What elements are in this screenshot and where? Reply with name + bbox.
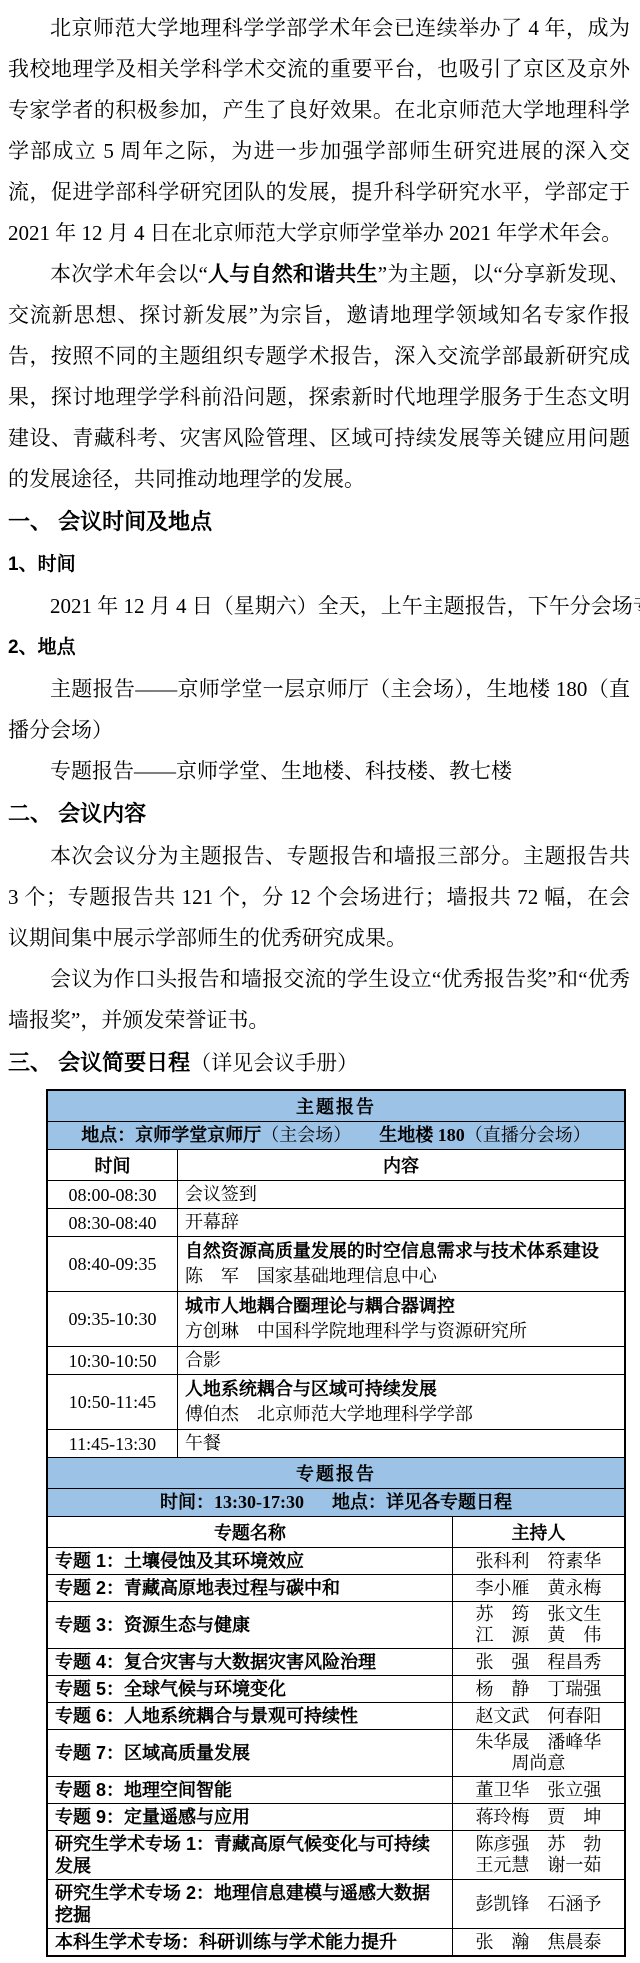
table-row: 专题 8：地理空间智能 董卫华 张立强 — [47, 1777, 625, 1804]
topic-hosts: 蒋玲梅 贾 坤 — [452, 1804, 625, 1831]
talk-title: 城市人地耦合圈理论与耦合器调控 — [185, 1294, 617, 1319]
table-row: 专题 6：人地系统耦合与景观可持续性 赵文武 何春阳 — [47, 1703, 625, 1730]
section-3-heading-note: （详见会议手册） — [190, 1051, 358, 1075]
host-line: 朱华晟 潘峰华 — [460, 1732, 617, 1753]
intro-paragraph-2: 本次学术年会以“人与自然和谐共生”为主题，以“分享新发现、交流新思想、探讨新发展… — [8, 254, 630, 500]
place-main-text: 主题报告——京师学堂一层京师厅（主会场），生地楼 180（直播分会场） — [8, 669, 630, 751]
host-line: 蒋玲梅 贾 坤 — [460, 1807, 617, 1828]
session-content: 会议签到 — [177, 1181, 625, 1209]
session-title: 合影 — [185, 1349, 617, 1372]
session-content: 合影 — [177, 1347, 625, 1375]
session-time: 10:50-11:45 — [47, 1375, 177, 1430]
topic-name: 专题 8：地理空间智能 — [47, 1777, 452, 1804]
talk-speaker: 陈 军 国家基础地理信息中心 — [185, 1264, 617, 1289]
host-line: 彭凯锋 石涵予 — [460, 1894, 617, 1915]
session-content: 人地系统耦合与区域可持续发展 傅伯杰 北京师范大学地理科学学部 — [177, 1375, 625, 1430]
talk-title: 人地系统耦合与区域可持续发展 — [185, 1377, 617, 1402]
subsection-time-label: 1、时间 — [8, 544, 630, 586]
part1-loc-bold1: 地点：京师学堂京师厅 — [81, 1125, 261, 1145]
topic-hosts: 董卫华 张立强 — [452, 1777, 625, 1804]
host-line: 陈彦强 苏 勃 — [460, 1834, 617, 1855]
topic-hosts: 李小雁 黄永梅 — [452, 1575, 625, 1602]
subsection-place-label: 2、地点 — [8, 627, 630, 669]
table-row: 研究生学术专场 2：地理信息建模与遥感大数据挖掘 彭凯锋 石涵予 — [47, 1880, 625, 1929]
table-row: 专题 2：青藏高原地表过程与碳中和 李小雁 黄永梅 — [47, 1575, 625, 1602]
document-page: 北京师范大学地理科学学部学术年会已连续举办了 4 年，成为我校地理学及相关学科学… — [0, 0, 640, 1963]
topic-name: 专题 6：人地系统耦合与景观可持续性 — [47, 1703, 452, 1730]
part2-schedule-line: 时间：13:30-17:30地点：详见各专题日程 — [47, 1489, 625, 1517]
topic-hosts: 赵文武 何春阳 — [452, 1703, 625, 1730]
part1-loc-reg1: （主会场） — [261, 1125, 351, 1145]
session-title: 午餐 — [185, 1432, 617, 1455]
host-line: 苏 筠 张文生 — [460, 1604, 617, 1625]
table-row: 专题 9：定量遥感与应用 蒋玲梅 贾 坤 — [47, 1804, 625, 1831]
session-content: 自然资源高质量发展的时空信息需求与技术体系建设 陈 军 国家基础地理信息中心 — [177, 1237, 625, 1292]
topic-name: 专题 3：资源生态与健康 — [47, 1602, 452, 1649]
topic-hosts: 彭凯锋 石涵予 — [452, 1880, 625, 1929]
topic-hosts: 张 强 程昌秀 — [452, 1649, 625, 1676]
part1-location-line: 地点：京师学堂京师厅（主会场）生地楼 180（直播分会场） — [47, 1122, 625, 1150]
session-time: 09:35-10:30 — [47, 1292, 177, 1347]
topic-hosts: 苏 筠 张文生 江 源 黄 伟 — [452, 1602, 625, 1649]
intro-p2-post: ”为主题，以“分享新发现、交流新思想、探讨新发展”为宗旨，邀请地理学领域知名专家… — [8, 262, 630, 491]
table-row-part1-title: 主题报告 — [47, 1090, 625, 1122]
session-time: 08:00-08:30 — [47, 1181, 177, 1209]
topic-hosts: 张科利 符素华 — [452, 1548, 625, 1575]
table-row-part2-schedule: 时间：13:30-17:30地点：详见各专题日程 — [47, 1489, 625, 1517]
table-row: 研究生学术专场 1：青藏高原气候变化与可持续发展 陈彦强 苏 勃 王元慧 谢一茹 — [47, 1831, 625, 1880]
section-2-heading: 二、 会议内容 — [8, 792, 630, 836]
intro-p2-pre: 本次学术年会以“ — [50, 262, 208, 286]
table-row-part2-title: 专题报告 — [47, 1458, 625, 1489]
table-row: 11:45-13:30 午餐 — [47, 1430, 625, 1458]
topic-name: 研究生学术专场 1：青藏高原气候变化与可持续发展 — [47, 1831, 452, 1880]
topic-name: 专题 7：区域高质量发展 — [47, 1730, 452, 1777]
meeting-time-text: 2021 年 12 月 4 日（星期六）全天，上午主题报告，下午分会场专题报告 — [8, 586, 630, 627]
session-content: 午餐 — [177, 1430, 625, 1458]
topic-name: 专题 1：土壤侵蚀及其环境效应 — [47, 1548, 452, 1575]
host-line: 张 强 程昌秀 — [460, 1652, 617, 1673]
session-content: 开幕辞 — [177, 1209, 625, 1237]
table-row: 专题 3：资源生态与健康 苏 筠 张文生 江 源 黄 伟 — [47, 1602, 625, 1649]
host-line: 王元慧 谢一茹 — [460, 1855, 617, 1876]
part2-title: 专题报告 — [47, 1458, 625, 1489]
host-line: 张科利 符素华 — [460, 1551, 617, 1572]
table-row: 09:35-10:30 城市人地耦合圈理论与耦合器调控 方创琳 中国科学院地理科… — [47, 1292, 625, 1347]
session-time: 10:30-10:50 — [47, 1347, 177, 1375]
table-row: 专题 4：复合灾害与大数据灾害风险治理 张 强 程昌秀 — [47, 1649, 625, 1676]
topic-name: 专题 5：全球气候与环境变化 — [47, 1676, 452, 1703]
section-3-heading-bold: 三、 会议简要日程 — [8, 1050, 190, 1075]
host-line: 周尚意 — [460, 1753, 617, 1774]
table-row: 本科生学术专场：科研训练与学术能力提升 张 瀚 焦晨泰 — [47, 1929, 625, 1957]
topic-name: 专题 4：复合灾害与大数据灾害风险治理 — [47, 1649, 452, 1676]
intro-paragraph-1: 北京师范大学地理科学学部学术年会已连续举办了 4 年，成为我校地理学及相关学科学… — [8, 8, 630, 254]
content-paragraph-1: 本次会议分为主题报告、专题报告和墙报三部分。主题报告共 3 个；专题报告共 12… — [8, 836, 630, 959]
schedule-table: 主题报告 地点：京师学堂京师厅（主会场）生地楼 180（直播分会场） 时间 内容… — [46, 1089, 626, 1957]
part1-title: 主题报告 — [47, 1090, 625, 1122]
host-line: 张 瀚 焦晨泰 — [460, 1932, 617, 1953]
host-line: 董卫华 张立强 — [460, 1780, 617, 1801]
session-time: 08:30-08:40 — [47, 1209, 177, 1237]
session-time: 11:45-13:30 — [47, 1430, 177, 1458]
host-line: 李小雁 黄永梅 — [460, 1578, 617, 1599]
table-row-part1-header: 时间 内容 — [47, 1150, 625, 1181]
table-row: 10:30-10:50 合影 — [47, 1347, 625, 1375]
host-line: 杨 静 丁瑞强 — [460, 1679, 617, 1700]
topic-name: 专题 9：定量遥感与应用 — [47, 1804, 452, 1831]
content-paragraph-2: 会议为作口头报告和墙报交流的学生设立“优秀报告奖”和“优秀墙报奖”，并颁发荣誉证… — [8, 959, 630, 1041]
talk-title: 自然资源高质量发展的时空信息需求与技术体系建设 — [185, 1239, 617, 1264]
place-topic-text: 专题报告——京师学堂、生地楼、科技楼、教七楼 — [8, 751, 630, 792]
conference-theme-bold: 人与自然和谐共生 — [208, 263, 378, 286]
table-row: 专题 7：区域高质量发展 朱华晟 潘峰华 周尚意 — [47, 1730, 625, 1777]
table-row: 专题 5：全球气候与环境变化 杨 静 丁瑞强 — [47, 1676, 625, 1703]
table-row: 10:50-11:45 人地系统耦合与区域可持续发展 傅伯杰 北京师范大学地理科… — [47, 1375, 625, 1430]
part1-loc-reg2: （直播分会场） — [465, 1125, 591, 1145]
section-3-heading: 三、 会议简要日程（详见会议手册） — [8, 1041, 630, 1085]
part2-col-name: 专题名称 — [47, 1517, 452, 1548]
part2-loc-line: 地点：详见各专题日程 — [332, 1492, 512, 1512]
topic-hosts: 张 瀚 焦晨泰 — [452, 1929, 625, 1957]
talk-speaker: 方创琳 中国科学院地理科学与资源研究所 — [185, 1319, 617, 1344]
part1-col-content: 内容 — [177, 1150, 625, 1181]
topic-name: 研究生学术专场 2：地理信息建模与遥感大数据挖掘 — [47, 1880, 452, 1929]
section-1-heading: 一、 会议时间及地点 — [8, 500, 630, 544]
table-row: 08:40-09:35 自然资源高质量发展的时空信息需求与技术体系建设 陈 军 … — [47, 1237, 625, 1292]
host-line: 赵文武 何春阳 — [460, 1706, 617, 1727]
topic-hosts: 陈彦强 苏 勃 王元慧 谢一茹 — [452, 1831, 625, 1880]
part2-time-line: 时间：13:30-17:30 — [160, 1492, 304, 1512]
topic-name: 专题 2：青藏高原地表过程与碳中和 — [47, 1575, 452, 1602]
host-line: 江 源 黄 伟 — [460, 1625, 617, 1646]
table-row: 08:00-08:30 会议签到 — [47, 1181, 625, 1209]
table-row-part2-header: 专题名称 主持人 — [47, 1517, 625, 1548]
session-time: 08:40-09:35 — [47, 1237, 177, 1292]
part1-loc-bold2: 生地楼 180 — [379, 1125, 465, 1145]
topic-name: 本科生学术专场：科研训练与学术能力提升 — [47, 1929, 452, 1957]
session-content: 城市人地耦合圈理论与耦合器调控 方创琳 中国科学院地理科学与资源研究所 — [177, 1292, 625, 1347]
topic-hosts: 杨 静 丁瑞强 — [452, 1676, 625, 1703]
talk-speaker: 傅伯杰 北京师范大学地理科学学部 — [185, 1402, 617, 1427]
session-title: 开幕辞 — [185, 1211, 617, 1234]
session-title: 会议签到 — [185, 1183, 617, 1206]
table-row: 专题 1：土壤侵蚀及其环境效应 张科利 符素华 — [47, 1548, 625, 1575]
table-row: 08:30-08:40 开幕辞 — [47, 1209, 625, 1237]
table-row-part1-location: 地点：京师学堂京师厅（主会场）生地楼 180（直播分会场） — [47, 1122, 625, 1150]
part2-col-host: 主持人 — [452, 1517, 625, 1548]
part1-col-time: 时间 — [47, 1150, 177, 1181]
topic-hosts: 朱华晟 潘峰华 周尚意 — [452, 1730, 625, 1777]
